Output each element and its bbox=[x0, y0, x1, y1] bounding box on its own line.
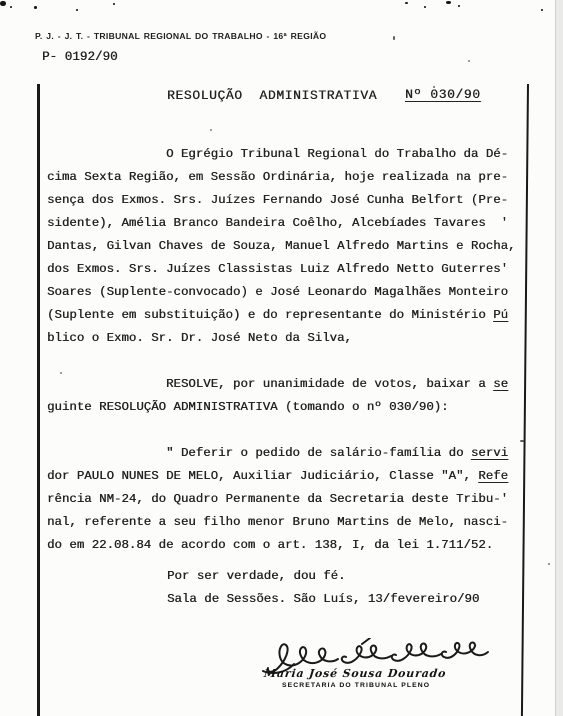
closing-line: Por ser verdade, dou fé. bbox=[167, 565, 479, 588]
body-line: dos Exmos. Srs. Juízes Classistas Luiz A… bbox=[47, 258, 532, 281]
body-line: Dantas, Gilvan Chaves de Souza, Manuel A… bbox=[47, 235, 532, 258]
body-line: sença dos Exmos. Srs. Juízes Fernando Jo… bbox=[47, 189, 532, 212]
signatory-name: Maria José Sousa Dourado bbox=[255, 667, 502, 680]
body-line: cima Sexta Região, em Sessão Ordinária, … bbox=[47, 166, 532, 189]
body-line: O Egrégio Tribunal Regional do Trabalho … bbox=[47, 143, 532, 166]
header-org: P. J. - J. T. - TRIBUNAL REGIONAL DO TRA… bbox=[35, 31, 326, 41]
body-line: RESOLVE, por unanimidade de votos, baixa… bbox=[47, 373, 532, 396]
body-line: dor PAULO NUNES DE MELO, Auxiliar Judici… bbox=[47, 465, 532, 488]
body-line: Soares (Suplente-convocado) e José Leona… bbox=[47, 281, 532, 304]
scanned-document-page: P. J. - J. T. - TRIBUNAL REGIONAL DO TRA… bbox=[0, 0, 563, 716]
resolution-number: Nº 030/90 bbox=[405, 87, 481, 102]
body-line: sidente), Amélia Branco Bandeira Coêlho,… bbox=[47, 212, 532, 235]
body-line: rência NM-24, do Quadro Permanente da Se… bbox=[47, 488, 532, 511]
body-line: (Suplente em substituição) e do represen… bbox=[47, 304, 532, 327]
body-line: blico o Exmo. Sr. Dr. José Neto da Silva… bbox=[47, 327, 532, 350]
signatory-role: SECRETARIA DO TRIBUNAL PLENO bbox=[256, 682, 502, 689]
left-margin-line bbox=[37, 84, 40, 716]
document-body: O Egrégio Tribunal Regional do Trabalho … bbox=[47, 143, 532, 557]
closing-line: Sala de Sessões. São Luís, 13/fevereiro/… bbox=[167, 588, 479, 611]
body-line: nal, referente a seu filho menor Bruno M… bbox=[47, 511, 532, 534]
scan-edge-strip bbox=[555, 0, 563, 716]
document-title: RESOLUÇÃO ADMINISTRATIVA bbox=[167, 88, 377, 103]
body-line: guinte RESOLUÇÃO ADMINISTRATIVA (tomando… bbox=[47, 396, 532, 419]
signature-block: Maria José Sousa Dourado SECRETARIA DO T… bbox=[256, 638, 502, 689]
body-line: " Deferir o pedido de salário-família do… bbox=[47, 442, 532, 465]
body-line: do em 22.08.84 de acordo com o art. 138,… bbox=[47, 534, 532, 557]
process-number: P- 0192/90 bbox=[42, 50, 118, 64]
closing-block: Por ser verdade, dou fé. Sala de Sessões… bbox=[167, 565, 479, 611]
